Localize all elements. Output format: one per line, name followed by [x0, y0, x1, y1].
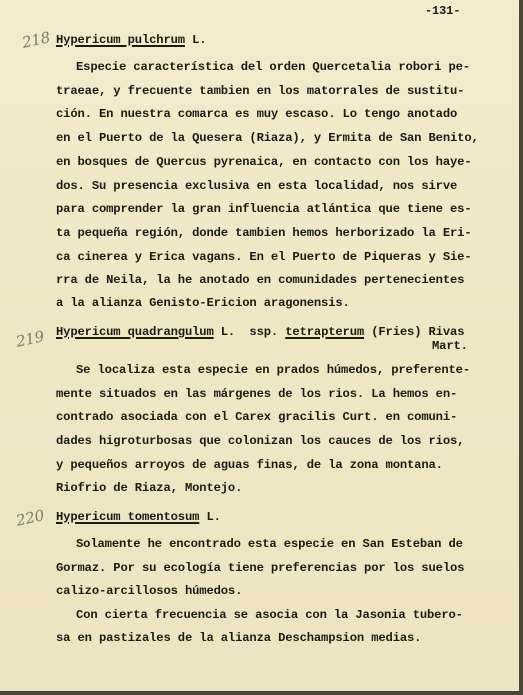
text-line: Se localiza esta especie en prados húmed… — [76, 363, 470, 377]
text-line: ta pequeña región, donde tambien hemos h… — [56, 226, 472, 240]
text-line: para comprender la gran influencia atlán… — [56, 202, 472, 216]
text-line: mente situados en las márgenes de los ri… — [56, 387, 457, 401]
text-line: Riofrio de Riaza, Montejo. — [56, 481, 242, 495]
species-name: Hypericum pulchrum — [56, 33, 185, 47]
text-line: rra de Neila, la he anotado en comunidad… — [56, 273, 464, 287]
text-line: ca cinerea y Erica vagans. En el Puerto … — [56, 250, 472, 264]
subspecies-name: tetrapterum — [285, 325, 364, 339]
species-author: L. — [199, 510, 221, 524]
text-line: en el Puerto de la Quesera (Riaza), y Er… — [56, 131, 479, 145]
subspecies-author: (Fries) Rivas — [364, 325, 464, 339]
text-line: traeae, y frecuente tambien en los mator… — [56, 84, 464, 98]
text-line: Especie característica del orden Quercet… — [76, 60, 470, 74]
text-line: sa en pastizales de la alianza Deschamps… — [56, 631, 421, 645]
text-line: calizo-arcillosos húmedos. — [56, 584, 242, 598]
species-name: Hypericum quadrangulum — [56, 325, 214, 339]
handwritten-entry-number: 220 — [14, 506, 45, 529]
species-heading: Hypericum tomentosum L. — [56, 510, 221, 524]
text-line: Con cierta frecuencia se asocia con la J… — [76, 608, 463, 622]
document-page: -131- 218 Hypericum pulchrum L. Especie … — [0, 0, 519, 691]
text-line: ción. En nuestra comarca es muy escaso. … — [56, 107, 457, 121]
text-line: dos. Su presencia exclusiva en esta loca… — [56, 179, 457, 193]
text-line: a la alianza Genisto-Ericion aragonensis… — [56, 296, 350, 310]
species-author: L. — [185, 33, 207, 47]
handwritten-entry-number: 218 — [20, 28, 51, 51]
text-line: dades higroturbosas que colonizan los ca… — [56, 434, 464, 448]
handwritten-entry-number: 219 — [14, 327, 45, 350]
text-line: en bosques de Quercus pyrenaica, en cont… — [56, 155, 472, 169]
page-number: -131- — [425, 4, 460, 18]
text-line: Gormaz. Por su ecología tiene preferenci… — [56, 561, 464, 575]
text-line: Solamente he encontrado esta especie en … — [76, 537, 463, 551]
species-heading: Hypericum pulchrum L. — [56, 33, 206, 47]
species-heading: Hypericum quadrangulum L. ssp. tetrapter… — [56, 325, 464, 339]
text-line: y pequeños arroyos de aguas finas, de la… — [56, 458, 443, 472]
species-author: L. ssp. — [214, 325, 286, 339]
species-name: Hypericum tomentosum — [56, 510, 199, 524]
subspecies-author-continued: Mart. — [432, 339, 468, 353]
text-line: contrado asociada con el Carex gracilis … — [56, 410, 457, 424]
